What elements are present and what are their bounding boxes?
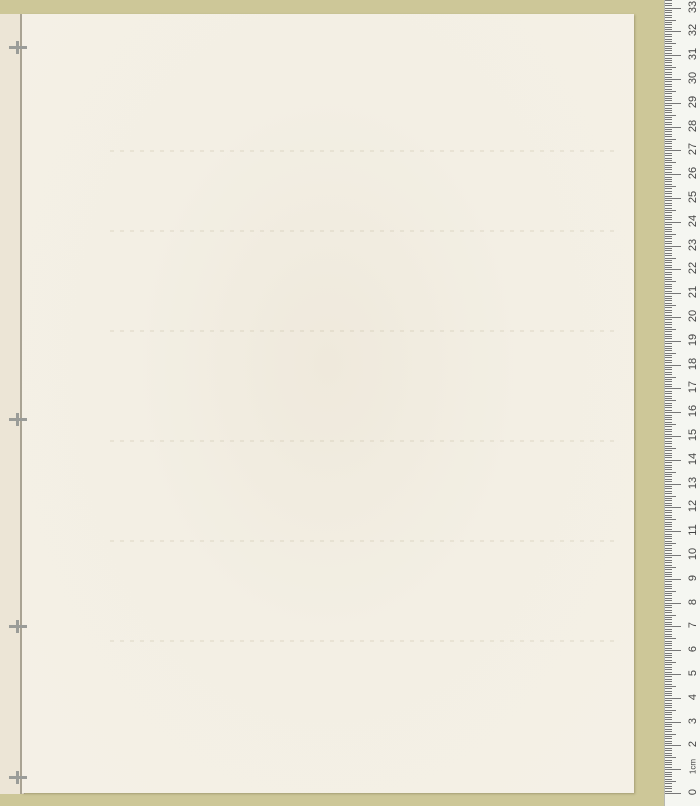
ruler-tick bbox=[665, 660, 672, 661]
binding-stitch-icon bbox=[9, 46, 27, 49]
ruler-tick bbox=[665, 788, 672, 789]
ruler-tick bbox=[665, 143, 672, 144]
ruler-tick bbox=[665, 738, 672, 739]
ruler-tick bbox=[665, 607, 672, 608]
ruler-tick bbox=[665, 346, 672, 347]
ruler-tick bbox=[665, 277, 672, 278]
ruler-tick bbox=[665, 265, 672, 266]
ruler-tick bbox=[665, 3, 672, 4]
bleed-through-text bbox=[110, 230, 620, 232]
ruler-tick bbox=[665, 724, 672, 725]
ruler-label: 28 bbox=[687, 116, 699, 136]
ruler-tick bbox=[665, 162, 676, 163]
ruler-tick bbox=[665, 648, 672, 649]
ruler-tick bbox=[665, 20, 676, 21]
ruler-label: 20 bbox=[687, 306, 699, 326]
ruler-tick bbox=[665, 386, 672, 387]
ruler-tick bbox=[665, 310, 672, 311]
ruler-label: 26 bbox=[687, 163, 699, 183]
ruler-tick bbox=[665, 703, 672, 704]
ruler-tick bbox=[665, 243, 672, 244]
ruler-tick bbox=[665, 560, 672, 561]
ruler-tick bbox=[665, 246, 681, 247]
ruler-tick bbox=[665, 750, 672, 751]
ruler-tick bbox=[665, 741, 672, 742]
ruler-tick bbox=[665, 503, 672, 504]
ruler-tick bbox=[665, 491, 672, 492]
ruler-tick bbox=[665, 15, 672, 16]
ruler-tick bbox=[665, 498, 672, 499]
ruler-label: 24 bbox=[687, 211, 699, 231]
ruler-tick bbox=[665, 191, 672, 192]
ruler-tick bbox=[665, 567, 676, 568]
ruler-tick bbox=[665, 158, 672, 159]
ruler-tick bbox=[665, 86, 672, 87]
ruler-tick bbox=[665, 181, 672, 182]
ruler-tick bbox=[665, 653, 672, 654]
ruler-tick bbox=[665, 84, 672, 85]
ruler-tick bbox=[665, 429, 672, 430]
ruler-tick bbox=[665, 643, 672, 644]
ruler-label: 3 bbox=[687, 711, 699, 731]
ruler-tick bbox=[665, 379, 672, 380]
ruler-tick bbox=[665, 391, 672, 392]
ruler-tick bbox=[665, 455, 672, 456]
ruler-tick bbox=[665, 398, 672, 399]
ruler-label: 11 bbox=[687, 520, 699, 540]
ruler-tick bbox=[665, 357, 672, 358]
ruler-tick bbox=[665, 96, 672, 97]
ruler-tick bbox=[665, 65, 672, 66]
ruler-tick bbox=[665, 234, 676, 235]
ruler-tick bbox=[665, 664, 672, 665]
ruler-tick bbox=[665, 369, 672, 370]
ruler-label: 8 bbox=[687, 592, 699, 612]
ruler-tick bbox=[665, 600, 672, 601]
ruler-tick bbox=[665, 331, 672, 332]
ruler-tick bbox=[665, 641, 672, 642]
ruler-tick bbox=[665, 691, 672, 692]
ruler-tick bbox=[665, 550, 672, 551]
ruler-tick bbox=[665, 372, 672, 373]
ruler-tick bbox=[665, 786, 672, 787]
ruler-tick bbox=[665, 167, 672, 168]
ruler-tick bbox=[665, 184, 672, 185]
ruler-tick bbox=[665, 705, 672, 706]
ruler-tick bbox=[665, 529, 672, 530]
ruler-tick bbox=[665, 353, 676, 354]
ruler-tick bbox=[665, 505, 672, 506]
ruler-tick bbox=[665, 46, 672, 47]
ruler-tick bbox=[665, 248, 672, 249]
ruler-tick bbox=[665, 700, 672, 701]
ruler-label: 4 bbox=[687, 687, 699, 707]
ruler-tick bbox=[665, 231, 672, 232]
ruler-tick bbox=[665, 77, 672, 78]
ruler-tick bbox=[665, 10, 672, 11]
ruler-tick bbox=[665, 676, 672, 677]
ruler-tick bbox=[665, 62, 672, 63]
ruler-tick bbox=[665, 219, 672, 220]
ruler-tick bbox=[665, 757, 676, 758]
ruler-tick bbox=[665, 783, 672, 784]
ruler-tick bbox=[665, 779, 672, 780]
ruler-tick bbox=[665, 50, 672, 51]
ruler-tick bbox=[665, 726, 672, 727]
ruler-tick bbox=[665, 303, 672, 304]
ruler-tick bbox=[665, 612, 672, 613]
ruler-tick bbox=[665, 367, 672, 368]
ruler-tick bbox=[665, 500, 672, 501]
ruler-tick bbox=[665, 457, 672, 458]
ruler-tick bbox=[665, 93, 672, 94]
ruler-tick bbox=[665, 781, 676, 782]
ruler-tick bbox=[665, 548, 672, 549]
ruler-tick bbox=[665, 212, 672, 213]
ruler-tick bbox=[665, 662, 676, 663]
ruler-tick bbox=[665, 753, 672, 754]
ruler-label: 32 bbox=[687, 20, 699, 40]
ruler-tick bbox=[665, 474, 672, 475]
ruler-label: 33 bbox=[687, 0, 699, 17]
ruler-tick bbox=[665, 476, 672, 477]
ruler-tick bbox=[665, 108, 672, 109]
ruler-tick bbox=[665, 415, 672, 416]
ruler-tick bbox=[665, 329, 676, 330]
ruler-label: 7 bbox=[687, 615, 699, 635]
ruler-tick bbox=[665, 260, 672, 261]
ruler-tick bbox=[665, 196, 672, 197]
ruler-tick bbox=[665, 215, 672, 216]
ruler-tick bbox=[665, 377, 676, 378]
ruler-tick bbox=[665, 669, 672, 670]
ruler-tick bbox=[665, 124, 672, 125]
ruler-tick bbox=[665, 360, 672, 361]
ruler-tick bbox=[665, 688, 672, 689]
ruler-tick bbox=[665, 434, 672, 435]
ruler-tick bbox=[665, 103, 681, 104]
ruler-tick bbox=[665, 22, 672, 23]
ruler-tick bbox=[665, 410, 672, 411]
ruler-tick bbox=[665, 764, 672, 765]
ruler-tick bbox=[665, 419, 672, 420]
ruler-tick bbox=[665, 617, 672, 618]
ruler-tick bbox=[665, 105, 672, 106]
ruler-tick bbox=[665, 403, 672, 404]
ruler-label: 14 bbox=[687, 449, 699, 469]
ruler-tick bbox=[665, 0, 672, 1]
ruler-tick bbox=[665, 707, 672, 708]
ruler-tick bbox=[665, 479, 672, 480]
ruler-tick bbox=[665, 55, 681, 56]
ruler-tick bbox=[665, 624, 672, 625]
ruler-tick bbox=[665, 365, 681, 366]
ruler-label: 13 bbox=[687, 473, 699, 493]
ruler-tick bbox=[665, 591, 676, 592]
ruler-tick bbox=[665, 286, 672, 287]
ruler-tick bbox=[665, 450, 672, 451]
ruler-label: 9 bbox=[687, 568, 699, 588]
ruler-tick bbox=[665, 572, 672, 573]
ruler-tick bbox=[665, 186, 676, 187]
ruler-label: 1cm bbox=[689, 757, 698, 777]
ruler-tick bbox=[665, 224, 672, 225]
bleed-through-text bbox=[110, 640, 620, 642]
ruler-tick bbox=[665, 619, 672, 620]
ruler-label: 30 bbox=[687, 68, 699, 88]
ruler-tick bbox=[665, 555, 681, 556]
ruler-tick bbox=[665, 767, 672, 768]
ruler-tick bbox=[665, 698, 681, 699]
ruler-tick bbox=[665, 112, 672, 113]
ruler-tick bbox=[665, 655, 672, 656]
measurement-ruler: 01cm234567891011121314151617181920212223… bbox=[664, 0, 700, 806]
ruler-tick bbox=[665, 241, 672, 242]
ruler-tick bbox=[665, 748, 672, 749]
ruler-tick bbox=[665, 762, 672, 763]
ruler-tick bbox=[665, 712, 672, 713]
ruler-tick bbox=[665, 355, 672, 356]
ruler-tick bbox=[665, 269, 681, 270]
ruler-tick bbox=[665, 255, 672, 256]
ruler-tick bbox=[665, 543, 676, 544]
ruler-label: 6 bbox=[687, 639, 699, 659]
ruler-tick bbox=[665, 122, 672, 123]
ruler-tick bbox=[665, 179, 672, 180]
ruler-tick bbox=[665, 129, 672, 130]
ruler-tick bbox=[665, 5, 672, 6]
ruler-tick bbox=[665, 150, 681, 151]
ruler-tick bbox=[665, 60, 672, 61]
ruler-tick bbox=[665, 534, 672, 535]
ruler-label: 21 bbox=[687, 282, 699, 302]
ruler-tick bbox=[665, 638, 676, 639]
ruler-tick bbox=[665, 615, 676, 616]
ruler-tick bbox=[665, 793, 681, 794]
ruler-tick bbox=[665, 136, 672, 137]
ruler-tick bbox=[665, 39, 672, 40]
ruler-tick bbox=[665, 334, 672, 335]
ruler-tick bbox=[665, 139, 676, 140]
ruler-tick bbox=[665, 91, 676, 92]
ruler-label: 31 bbox=[687, 44, 699, 64]
ruler-tick bbox=[665, 79, 681, 80]
ruler-tick bbox=[665, 472, 676, 473]
ruler-tick bbox=[665, 674, 681, 675]
ruler-tick bbox=[665, 593, 672, 594]
ruler-tick bbox=[665, 174, 681, 175]
ruler-tick bbox=[665, 776, 672, 777]
ruler-tick bbox=[665, 17, 672, 18]
ruler-tick bbox=[665, 210, 676, 211]
ruler-tick bbox=[665, 586, 672, 587]
ruler-tick bbox=[665, 693, 672, 694]
ruler-tick bbox=[665, 374, 672, 375]
ruler-tick bbox=[665, 755, 672, 756]
ruler-tick bbox=[665, 217, 672, 218]
binding-stitch-icon bbox=[9, 776, 27, 779]
binding-stitch-icon bbox=[9, 625, 27, 628]
ruler-tick bbox=[665, 117, 672, 118]
ruler-tick bbox=[665, 227, 672, 228]
ruler-tick bbox=[665, 291, 672, 292]
ruler-tick bbox=[665, 595, 672, 596]
ruler-tick bbox=[665, 153, 672, 154]
ruler-tick bbox=[665, 760, 672, 761]
ruler-tick bbox=[665, 574, 672, 575]
ruler-tick bbox=[665, 312, 672, 313]
ruler-tick bbox=[665, 148, 672, 149]
ruler-tick bbox=[665, 460, 681, 461]
ruler-tick bbox=[665, 258, 676, 259]
ruler-tick bbox=[665, 667, 672, 668]
ruler-tick bbox=[665, 769, 681, 770]
ruler-tick bbox=[665, 441, 672, 442]
ruler-tick bbox=[665, 417, 672, 418]
ruler-tick bbox=[665, 34, 672, 35]
ruler-tick bbox=[665, 48, 672, 49]
ruler-tick bbox=[665, 115, 676, 116]
ruler-tick bbox=[665, 67, 676, 68]
ruler-tick bbox=[665, 24, 672, 25]
ruler-label: 5 bbox=[687, 663, 699, 683]
ruler-label: 10 bbox=[687, 544, 699, 564]
ruler-tick bbox=[665, 119, 672, 120]
ruler-tick bbox=[665, 396, 672, 397]
binding-spine bbox=[20, 14, 22, 794]
ruler-tick bbox=[665, 193, 672, 194]
ruler-tick bbox=[665, 714, 672, 715]
ruler-tick bbox=[665, 327, 672, 328]
ruler-tick bbox=[665, 29, 672, 30]
ruler-tick bbox=[665, 336, 672, 337]
ruler-tick bbox=[665, 645, 672, 646]
ruler-tick bbox=[665, 557, 672, 558]
ruler-tick bbox=[665, 250, 672, 251]
ruler-tick bbox=[665, 453, 672, 454]
ruler-tick bbox=[665, 238, 672, 239]
ruler-tick bbox=[665, 274, 672, 275]
ruler-tick bbox=[665, 719, 672, 720]
ruler-tick bbox=[665, 526, 672, 527]
ruler-tick bbox=[665, 324, 672, 325]
ruler-tick bbox=[665, 222, 681, 223]
ruler-tick bbox=[665, 284, 672, 285]
ruler-tick bbox=[665, 524, 672, 525]
ruler-label: 29 bbox=[687, 92, 699, 112]
ruler-tick bbox=[665, 496, 676, 497]
ruler-tick bbox=[665, 672, 672, 673]
ruler-tick bbox=[665, 679, 672, 680]
ruler-tick bbox=[665, 581, 672, 582]
ruler-tick bbox=[665, 610, 672, 611]
ruler-tick bbox=[665, 545, 672, 546]
ruler-tick bbox=[665, 8, 681, 9]
ruler-tick bbox=[665, 734, 676, 735]
ruler-tick bbox=[665, 338, 672, 339]
ruler-tick bbox=[665, 381, 672, 382]
ruler-tick bbox=[665, 288, 672, 289]
ruler-tick bbox=[665, 296, 672, 297]
ruler-tick bbox=[665, 58, 672, 59]
ruler-tick bbox=[665, 12, 672, 13]
ruler-tick bbox=[665, 512, 672, 513]
ruler-tick bbox=[665, 538, 672, 539]
ruler-tick bbox=[665, 598, 672, 599]
ruler-tick bbox=[665, 686, 676, 687]
ruler-tick bbox=[665, 43, 676, 44]
ruler-label: 0 bbox=[687, 782, 699, 802]
ruler-tick bbox=[665, 588, 672, 589]
ruler-tick bbox=[665, 636, 672, 637]
ruler-tick bbox=[665, 657, 672, 658]
ruler-tick bbox=[665, 341, 681, 342]
ruler-tick bbox=[665, 772, 672, 773]
ruler-tick bbox=[665, 481, 672, 482]
ruler-tick bbox=[665, 165, 672, 166]
ruler-tick bbox=[665, 27, 672, 28]
ruler-tick bbox=[665, 188, 672, 189]
ruler-tick bbox=[665, 448, 676, 449]
ruler-tick bbox=[665, 41, 672, 42]
ruler-tick bbox=[665, 253, 672, 254]
ruler-tick bbox=[665, 634, 672, 635]
ruler-tick bbox=[665, 134, 672, 135]
ruler-tick bbox=[665, 722, 681, 723]
ruler-tick bbox=[665, 272, 672, 273]
blank-page bbox=[22, 14, 634, 793]
ruler-tick bbox=[665, 72, 672, 73]
ruler-label: 27 bbox=[687, 139, 699, 159]
ruler-tick bbox=[665, 486, 672, 487]
ruler-tick bbox=[665, 400, 676, 401]
ruler-tick bbox=[665, 198, 681, 199]
ruler-tick bbox=[665, 110, 672, 111]
ruler-tick bbox=[665, 681, 672, 682]
ruler-tick bbox=[665, 281, 676, 282]
ruler-label: 25 bbox=[687, 187, 699, 207]
ruler-tick bbox=[665, 605, 672, 606]
ruler-tick bbox=[665, 262, 672, 263]
ruler-tick bbox=[665, 631, 672, 632]
ruler-tick bbox=[665, 745, 681, 746]
ruler-tick bbox=[665, 565, 672, 566]
ruler-label: 17 bbox=[687, 377, 699, 397]
ruler-tick bbox=[665, 384, 672, 385]
ruler-tick bbox=[665, 462, 672, 463]
ruler-tick bbox=[665, 405, 672, 406]
ruler-tick bbox=[665, 731, 672, 732]
bleed-through-text bbox=[110, 540, 620, 542]
ruler-tick bbox=[665, 100, 672, 101]
ruler-tick bbox=[665, 393, 672, 394]
ruler-tick bbox=[665, 146, 672, 147]
ruler-tick bbox=[665, 169, 672, 170]
ruler-tick bbox=[665, 484, 681, 485]
ruler-tick bbox=[665, 300, 672, 301]
ruler-tick bbox=[665, 541, 672, 542]
ruler-tick bbox=[665, 438, 672, 439]
ruler-tick bbox=[665, 200, 672, 201]
ruler-tick bbox=[665, 519, 676, 520]
ruler-tick bbox=[665, 279, 672, 280]
bleed-through-text bbox=[110, 150, 620, 152]
ruler-tick bbox=[665, 307, 672, 308]
bleed-through-text bbox=[110, 440, 620, 442]
ruler-tick bbox=[665, 422, 672, 423]
ruler-tick bbox=[665, 424, 676, 425]
ruler-tick bbox=[665, 517, 672, 518]
